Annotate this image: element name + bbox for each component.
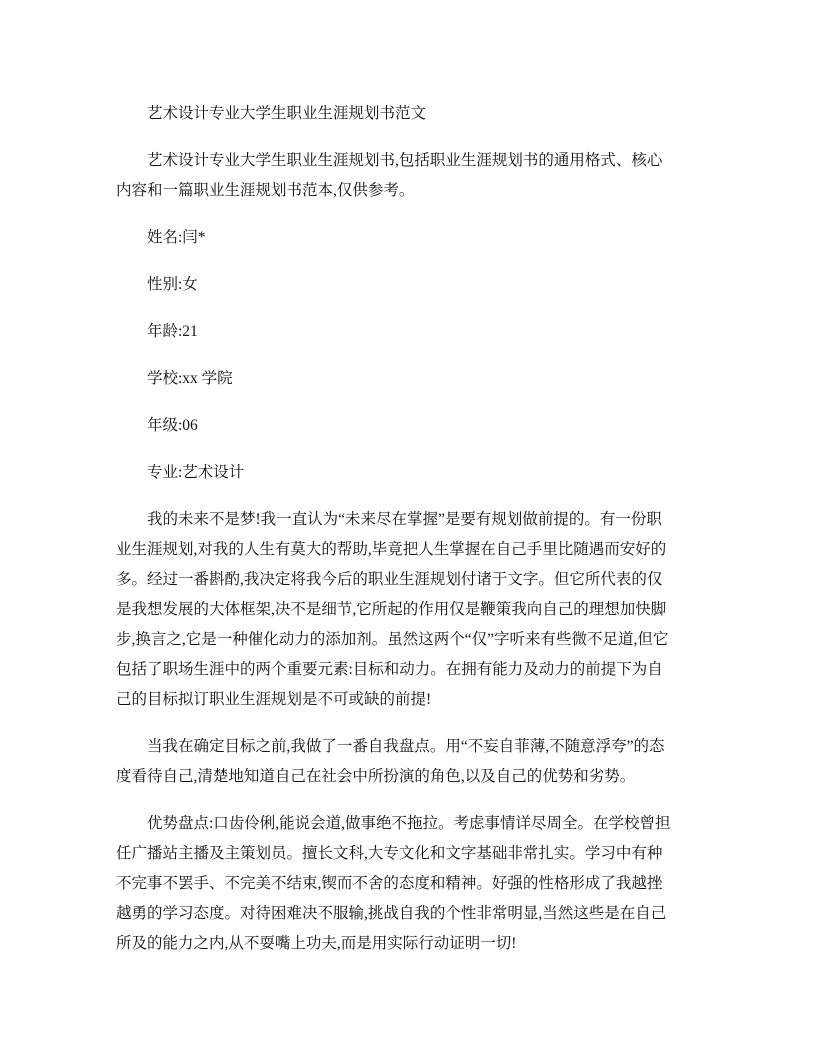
paragraph-intro: 艺术设计专业大学生职业生涯规划书,包括职业生涯规划书的通用格式、核心 内容和一篇… bbox=[116, 146, 696, 206]
document-page: 艺术设计专业大学生职业生涯规划书范文 艺术设计专业大学生职业生涯规划书,包括职业… bbox=[0, 0, 816, 1056]
profile-school-line: 学校:xx 学院 bbox=[116, 364, 696, 394]
paragraph-strengths: 优势盘点:口齿伶俐,能说会道,做事绝不拖拉。考虑事情详尽周全。在学校曾担 任广播… bbox=[116, 809, 696, 959]
doc-title: 艺术设计专业大学生职业生涯规划书范文 bbox=[116, 99, 696, 129]
profile-name-line: 姓名:闫* bbox=[116, 223, 696, 253]
profile-age-line: 年龄:21 bbox=[116, 317, 696, 347]
paragraph-self-assessment: 当我在确定目标之前,我做了一番自我盘点。用“不妄自菲薄,不随意浮夸”的态 度看待… bbox=[116, 732, 696, 792]
profile-major-line: 专业:艺术设计 bbox=[116, 458, 696, 488]
paragraph-future-dream: 我的未来不是梦!我一直认为“未来尽在掌握”是要有规划做前提的。有一份职 业生涯规… bbox=[116, 505, 696, 715]
profile-gender-line: 性别:女 bbox=[116, 270, 696, 300]
profile-grade-line: 年级:06 bbox=[116, 411, 696, 441]
